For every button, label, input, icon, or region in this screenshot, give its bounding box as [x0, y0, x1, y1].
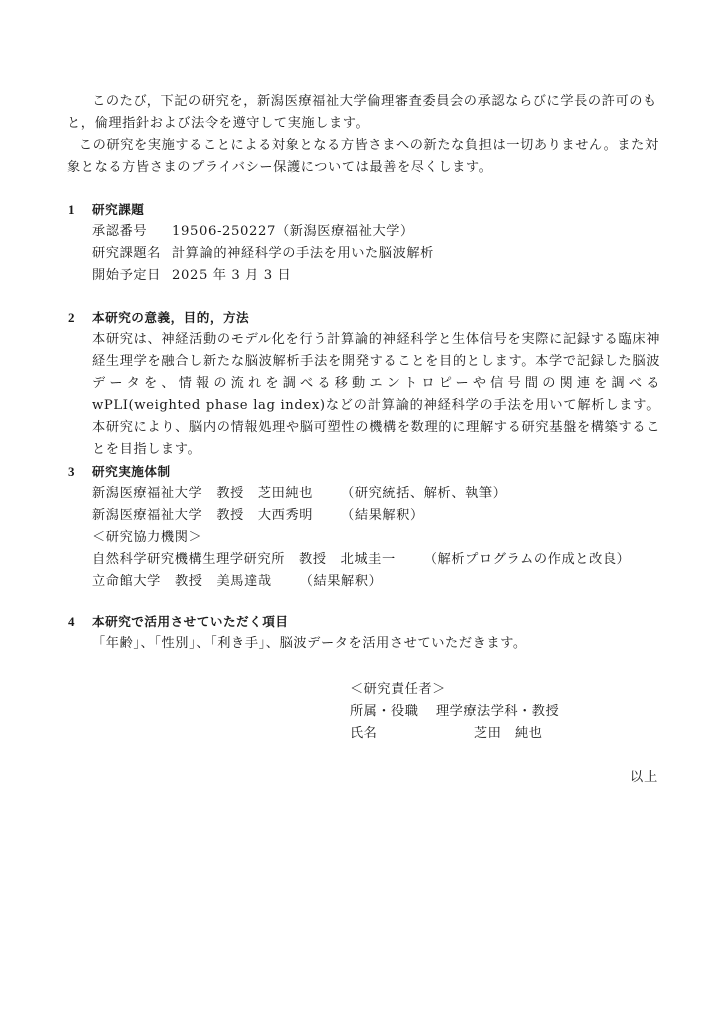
collaborator-position: 教授 — [299, 549, 327, 571]
collaborator-name: 北城圭一 — [341, 549, 396, 571]
signature-block: ＜研究責任者＞ 所属・役職 理学療法学科・教授 氏名 芝田 純也 — [350, 679, 559, 745]
affiliation-row: 所属・役職 理学療法学科・教授 — [350, 701, 559, 723]
member-role: （結果解釈） — [341, 505, 424, 527]
approval-number-label: 承認番号 — [92, 221, 172, 243]
collaborator-role: （解析プログラムの作成と改良） — [424, 549, 631, 571]
member-name: 大西秀明 — [258, 505, 313, 527]
name-label: 氏名 — [350, 723, 436, 745]
collaborator-affiliation: 自然科学研究機構生理学研究所 — [92, 549, 285, 571]
collaborator-heading-text: ＜研究協力機関＞ — [92, 527, 202, 549]
intro-paragraph-2: この研究を実施することによる対象となる方皆さまへの新たな負担は一切ありません。ま… — [67, 135, 659, 179]
member-position: 教授 — [216, 483, 244, 505]
data-items-text: 「年齢」、「性別」、「利き手」、脳波データを活用させていただきます。 — [92, 633, 660, 655]
collaborator-affiliation: 立命館大学 — [92, 571, 161, 593]
collaborator-role: （結果解釈） — [300, 571, 383, 593]
signature-heading: ＜研究責任者＞ — [350, 679, 559, 701]
research-title-value: 計算論的神経科学の手法を用いた脳波解析 — [172, 243, 434, 265]
section-title: 研究実施体制 — [92, 461, 171, 483]
section-number: 3 — [68, 461, 92, 483]
collaborator-name: 美馬達哉 — [217, 571, 272, 593]
member-role: （研究統括、解析、執筆） — [341, 483, 506, 505]
member-affiliation: 新潟医療福祉大学 — [92, 483, 202, 505]
start-date-row: 開始予定日 2025 年 3 月 3 日 — [92, 265, 660, 287]
document-page: このたび，下記の研究を，新潟医療福祉大学倫理審査委員会の承認ならびに学長の許可の… — [0, 0, 724, 1024]
section-title: 本研究の意義，目的，方法 — [92, 307, 249, 329]
section-3: 3 研究実施体制 新潟医療福祉大学 教授 芝田純也 （研究統括、解析、執筆） 新… — [68, 461, 660, 593]
collaborator-position: 教授 — [175, 571, 203, 593]
affiliation-value: 理学療法学科・教授 — [436, 701, 559, 723]
start-date-label: 開始予定日 — [92, 265, 172, 287]
section-number: 4 — [68, 611, 92, 633]
member-name: 芝田純也 — [258, 483, 313, 505]
approval-number-value: 19506-250227（新潟医療福祉大学） — [172, 221, 414, 243]
collaborator-row: 自然科学研究機構生理学研究所 教授 北城圭一 （解析プログラムの作成と改良） — [92, 549, 660, 571]
member-row: 新潟医療福祉大学 教授 芝田純也 （研究統括、解析、執筆） — [92, 483, 660, 505]
collaborator-row: 立命館大学 教授 美馬達哉 （結果解釈） — [92, 571, 660, 593]
start-date-value: 2025 年 3 月 3 日 — [172, 265, 291, 287]
affiliation-label: 所属・役職 — [350, 701, 436, 723]
member-position: 教授 — [216, 505, 244, 527]
research-title-label: 研究課題名 — [92, 243, 172, 265]
closing-text: 以上 — [630, 767, 658, 789]
research-title-row: 研究課題名 計算論的神経科学の手法を用いた脳波解析 — [92, 243, 660, 265]
name-row: 氏名 芝田 純也 — [350, 723, 559, 745]
section-2: 2 本研究の意義，目的，方法 本研究は、神経活動のモデル化を行う計算論的神経科学… — [68, 307, 660, 461]
approval-number-row: 承認番号 19506-250227（新潟医療福祉大学） — [92, 221, 660, 243]
intro-paragraph-1: このたび，下記の研究を，新潟医療福祉大学倫理審査委員会の承認ならびに学長の許可の… — [67, 91, 659, 135]
section-title: 研究課題 — [92, 199, 144, 221]
section-heading: 4 本研究で活用させていただく項目 — [68, 611, 660, 633]
section-4: 4 本研究で活用させていただく項目 「年齢」、「性別」、「利き手」、脳波データを… — [68, 611, 660, 655]
section-heading: 1 研究課題 — [68, 199, 660, 221]
section-title: 本研究で活用させていただく項目 — [92, 611, 288, 633]
section-number: 2 — [68, 307, 92, 329]
member-affiliation: 新潟医療福祉大学 — [92, 505, 202, 527]
section-heading: 2 本研究の意義，目的，方法 — [68, 307, 660, 329]
member-row: 新潟医療福祉大学 教授 大西秀明 （結果解釈） — [92, 505, 660, 527]
intro: このたび，下記の研究を，新潟医療福祉大学倫理審査委員会の承認ならびに学長の許可の… — [67, 91, 659, 179]
purpose-body: 本研究は、神経活動のモデル化を行う計算論的神経科学と生体信号を実際に記録する臨床… — [92, 329, 660, 461]
section-heading: 3 研究実施体制 — [68, 461, 660, 483]
section-1: 1 研究課題 承認番号 19506-250227（新潟医療福祉大学） 研究課題名… — [68, 199, 660, 287]
name-value: 芝田 純也 — [474, 723, 542, 745]
collaborator-heading: ＜研究協力機関＞ — [92, 527, 660, 549]
section-number: 1 — [68, 199, 92, 221]
